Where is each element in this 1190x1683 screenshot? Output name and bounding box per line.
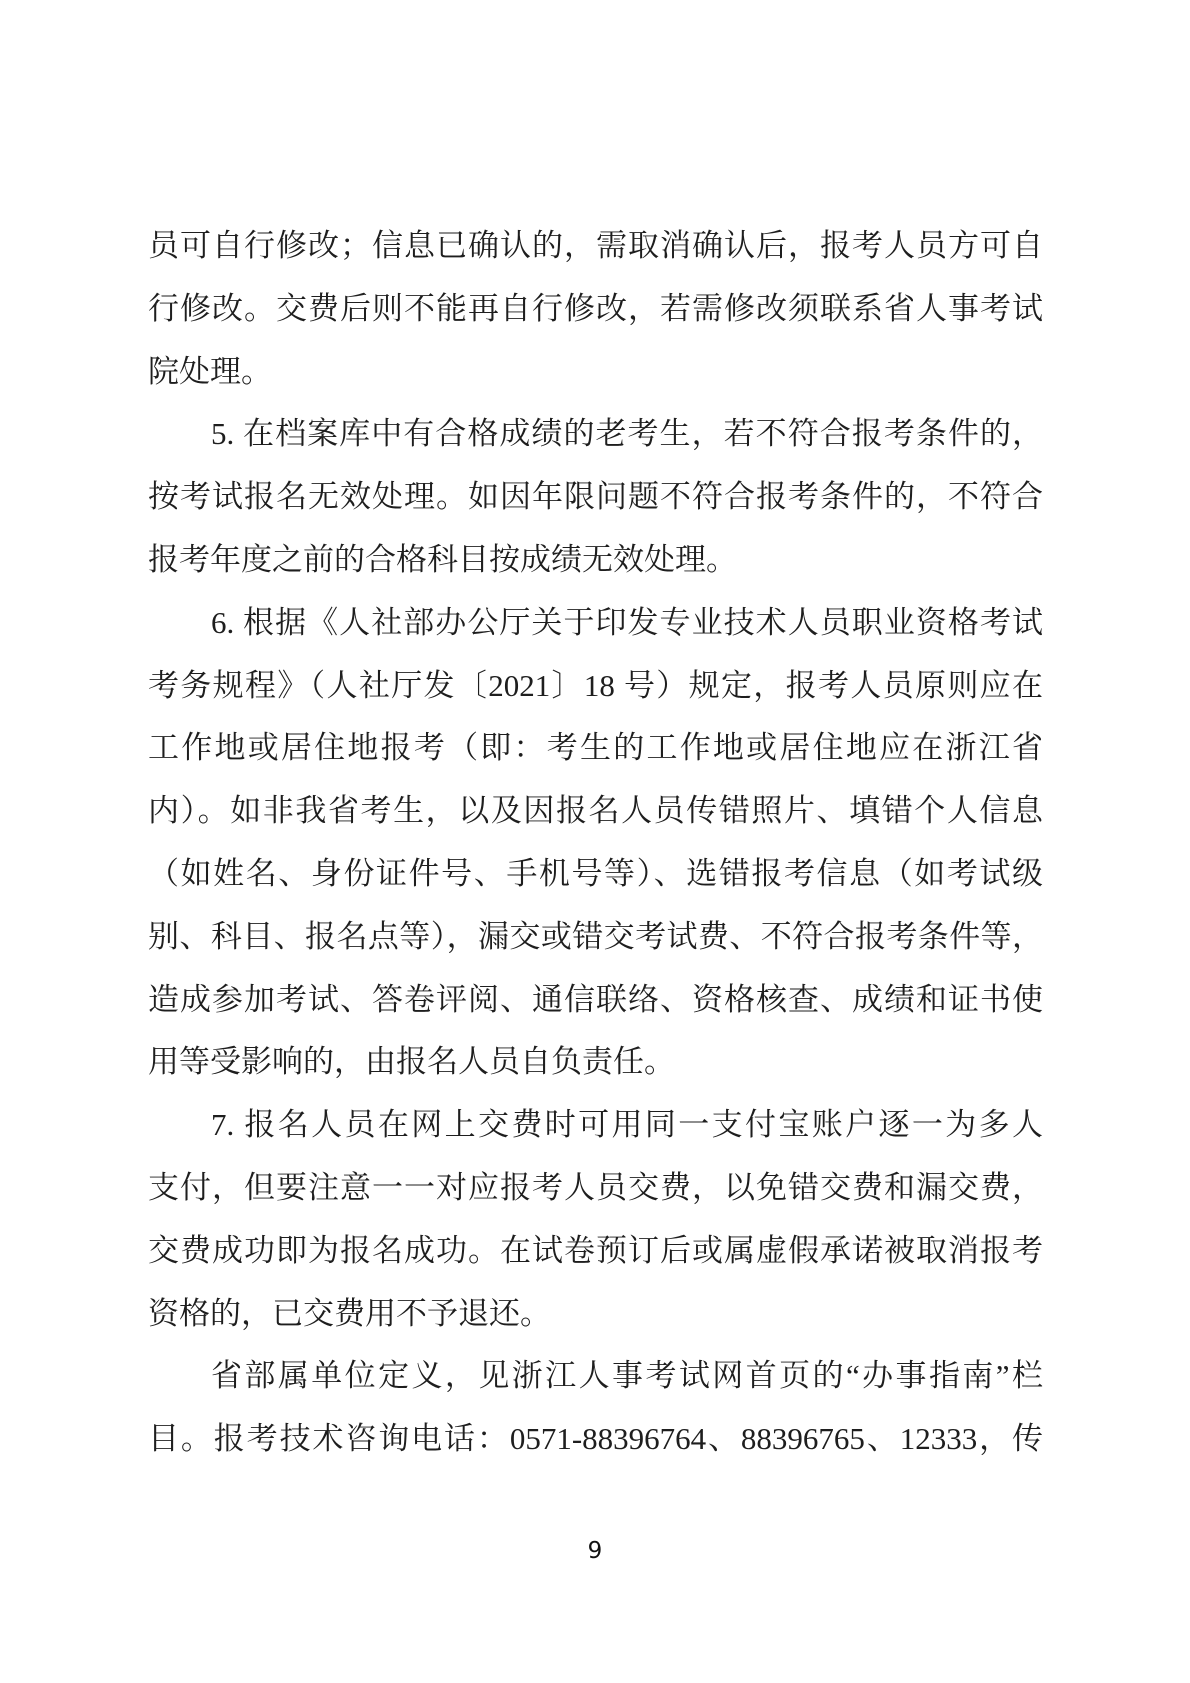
text-line-item-5: 5. 在档案库中有合格成绩的老考生，若不符合报考条件的， — [148, 403, 1043, 466]
text-line-item-6: 6. 根据《人社部办公厅关于印发专业技术人员职业资格考试 — [148, 592, 1043, 655]
document-page: 员可自行修改；信息已确认的，需取消确认后，报考人员方可自 行修改。交费后则不能再… — [0, 0, 1190, 1683]
text-line: 用等受影响的，由报名人员自负责任。 — [148, 1031, 1043, 1094]
text-line: 内）。如非我省考生，以及因报名人员传错照片、填错个人信息 — [148, 780, 1043, 843]
text-line: 交费成功即为报名成功。在试卷预订后或属虚假承诺被取消报考 — [148, 1220, 1043, 1283]
text-line: 按考试报名无效处理。如因年限问题不符合报考条件的，不符合 — [148, 466, 1043, 529]
text-line: 别、科目、报名点等），漏交或错交考试费、不符合报考条件等， — [148, 906, 1043, 969]
text-line: 目。报考技术咨询电话：0571-88396764、88396765、12333，… — [148, 1408, 1043, 1471]
text-line-ministry-note: 省部属单位定义，见浙江人事考试网首页的“办事指南”栏 — [148, 1345, 1043, 1408]
text-line: 造成参加考试、答卷评阅、通信联络、资格核查、成绩和证书使 — [148, 969, 1043, 1032]
text-line: 工作地或居住地报考（即：考生的工作地或居住地应在浙江省 — [148, 717, 1043, 780]
document-body: 员可自行修改；信息已确认的，需取消确认后，报考人员方可自 行修改。交费后则不能再… — [148, 215, 1043, 1471]
text-line: 报考年度之前的合格科目按成绩无效处理。 — [148, 529, 1043, 592]
page-number: 9 — [0, 1538, 1190, 1564]
text-line: 员可自行修改；信息已确认的，需取消确认后，报考人员方可自 — [148, 215, 1043, 278]
text-line: 行修改。交费后则不能再自行修改，若需修改须联系省人事考试 — [148, 278, 1043, 341]
text-line: 考务规程》（人社厅发〔2021〕18 号）规定，报考人员原则应在 — [148, 655, 1043, 718]
text-line: 支付，但要注意一一对应报考人员交费，以免错交费和漏交费， — [148, 1157, 1043, 1220]
text-line-item-7: 7. 报名人员在网上交费时可用同一支付宝账户逐一为多人 — [148, 1094, 1043, 1157]
text-line: 资格的，已交费用不予退还。 — [148, 1283, 1043, 1346]
text-line: 院处理。 — [148, 341, 1043, 404]
text-line: （如姓名、身份证件号、手机号等）、选错报考信息（如考试级 — [148, 843, 1043, 906]
